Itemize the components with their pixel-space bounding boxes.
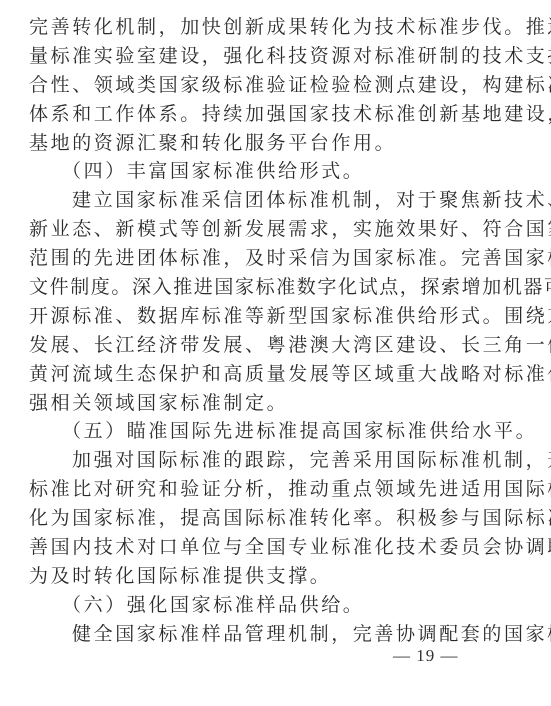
- body-line: 开源标准、数据库标准等新型国家标准供给形式。围绕京津冀协同: [29, 302, 469, 331]
- body-line: 基地的资源汇聚和转化服务平台作用。: [29, 129, 469, 158]
- body-line: 善国内技术对口单位与全国专业标准化技术委员会协调联动机制，: [29, 533, 469, 562]
- section-heading-5: （五）瞄准国际先进标准提高国家标准供给水平。: [29, 417, 469, 446]
- document-page: 完善转化机制，加快创新成果转化为技术标准步伐。推进国家级质 量标准实验室建设，强…: [29, 13, 469, 649]
- body-line: 化为国家标准，提高国际标准转化率。积极参与国际标准制定，完: [29, 504, 469, 533]
- body-line: 新业态、新模式等创新发展需求，实施效果好、符合国家标准制定: [29, 215, 469, 244]
- paragraph-start-line: 建立国家标准采信团体标准机制，对于聚焦新技术、新产业、: [29, 186, 469, 215]
- body-line: 文件制度。深入推进国家标准数字化试点，探索增加机器可读标准、: [29, 273, 469, 302]
- body-line: 体系和工作体系。持续加强国家技术标准创新基地建设，强化创新: [29, 100, 469, 129]
- body-line: 完善转化机制，加快创新成果转化为技术标准步伐。推进国家级质: [29, 13, 469, 42]
- body-line: 发展、长江经济带发展、粤港澳大湾区建设、长三角一体化发展、: [29, 331, 469, 360]
- paragraph-start-line: 健全国家标准样品管理机制，完善协调配套的国家标准样品体: [29, 620, 469, 649]
- body-line: 黄河流域生态保护和高质量发展等区域重大战略对标准化需求，加: [29, 360, 469, 389]
- body-line: 为及时转化国际标准提供支撑。: [29, 562, 469, 591]
- section-heading-4: （四）丰富国家标准供给形式。: [29, 157, 469, 186]
- body-line: 合性、领域类国家级标准验证检验检测点建设，构建标准验证技术: [29, 71, 469, 100]
- body-line: 范围的先进团体标准，及时采信为国家标准。完善国家标准化技术: [29, 244, 469, 273]
- body-line: 强相关领域国家标准制定。: [29, 389, 469, 418]
- body-line: 量标准实验室建设，强化科技资源对标准研制的技术支持。加大综: [29, 42, 469, 71]
- section-heading-6: （六）强化国家标准样品供给。: [29, 591, 469, 620]
- body-line: 标准比对研究和验证分析，推动重点领域先进适用国际标准及时转: [29, 475, 469, 504]
- paragraph-start-line: 加强对国际标准的跟踪，完善采用国际标准机制，开展国内外: [29, 446, 469, 475]
- page-number: — 19 —: [393, 646, 459, 666]
